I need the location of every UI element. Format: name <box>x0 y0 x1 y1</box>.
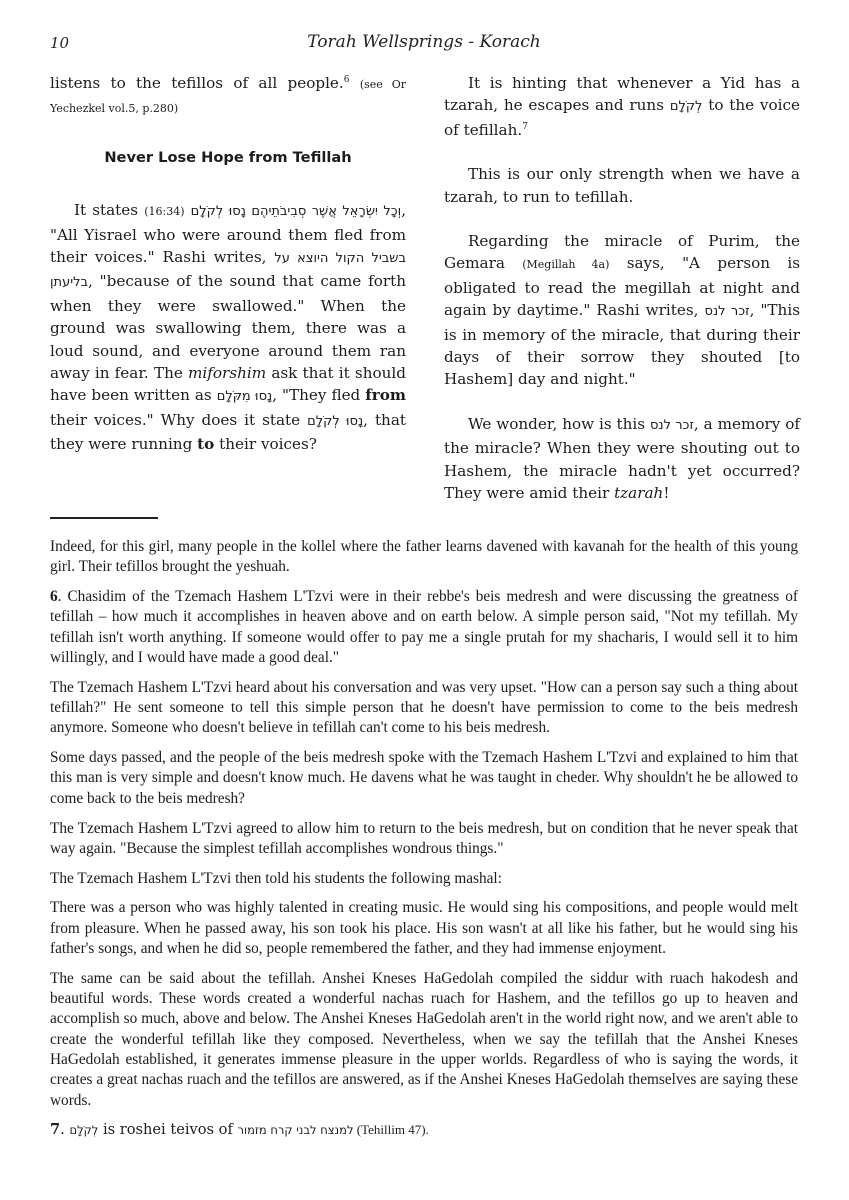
italic-term: tzarah <box>614 484 663 502</box>
footnotes: Indeed, for this girl, many people in th… <box>50 537 798 1150</box>
hebrew-verse: וְכָל יִשְׂרָאֵל אֲשֶׁר סְבִיבֹתֵיהֶם נָ… <box>191 204 402 219</box>
footnote-separator <box>50 517 158 519</box>
body-paragraph: This is our only strength when we have a… <box>444 163 800 208</box>
book-title: Torah Wellsprings - Korach <box>50 32 798 52</box>
hebrew-phrase: נָסוּ לְקֹלָם <box>307 414 363 429</box>
hebrew-phrase: למנצח לבני קרח מזמור <box>238 1123 354 1137</box>
running-header: 10 Torah Wellsprings - Korach <box>50 32 798 58</box>
footnote-paragraph: The same can be said about the tefillah.… <box>50 969 798 1111</box>
body-paragraph: Regarding the miracle of Purim, the Gema… <box>444 230 800 391</box>
footnote-number: 7 <box>50 1121 60 1138</box>
hebrew-word: לְקֹלָם <box>670 99 703 114</box>
hebrew-word: לְקֹלָם <box>69 1123 98 1137</box>
body-paragraph: It is hinting that whenever a Yid has a … <box>444 72 800 141</box>
document-page: 10 Torah Wellsprings - Korach listens to… <box>0 0 849 1200</box>
section-heading: Never Lose Hope from Tefillah <box>50 147 406 169</box>
hebrew-phrase: זכר לנס <box>705 304 750 319</box>
footnote-continuation: Indeed, for this girl, many people in th… <box>50 537 798 578</box>
footnote-paragraph: The Tzemach Hashem L'Tzvi then told his … <box>50 869 798 889</box>
footnote-ref-7[interactable]: 7 <box>522 122 528 132</box>
footnote-paragraph: The Tzemach Hashem L'Tzvi heard about hi… <box>50 678 798 739</box>
footnote-7: 7. לְקֹלָם is roshei teivos of למנצח לבנ… <box>50 1120 798 1140</box>
body-paragraph: We wonder, how is this זכר לנס, a memory… <box>444 413 800 505</box>
hebrew-phrase: זכר לנס <box>650 418 694 433</box>
body-paragraph: It states (16:34) וְכָל יִשְׂרָאֵל אֲשֶׁ… <box>50 199 406 455</box>
footnote-paragraph: The Tzemach Hashem L'Tzvi agreed to allo… <box>50 819 798 860</box>
footnote-6: 6. Chasidim of the Tzemach Hashem L'Tzvi… <box>50 587 798 668</box>
bold-word: from <box>365 386 406 404</box>
italic-term: miforshim <box>188 364 266 382</box>
source-citation: (Tehillim 47). <box>354 1122 429 1137</box>
footnote-number: 6 <box>50 588 58 605</box>
right-column: It is hinting that whenever a Yid has a … <box>444 72 800 505</box>
footnote-paragraph: Some days passed, and the people of the … <box>50 748 798 809</box>
intro-paragraph: listens to the tefillos of all people.6 … <box>50 72 406 121</box>
footnote-paragraph: There was a person who was highly talent… <box>50 898 798 959</box>
verse-reference: (16:34) <box>144 205 184 218</box>
left-column: listens to the tefillos of all people.6 … <box>50 72 406 456</box>
bold-word: to <box>197 435 214 453</box>
footnote-ref-6[interactable]: 6 <box>344 75 350 85</box>
source-citation: (Megillah 4a) <box>522 258 609 271</box>
hebrew-phrase: נָסוּ מִקֹּלָם <box>217 389 273 404</box>
